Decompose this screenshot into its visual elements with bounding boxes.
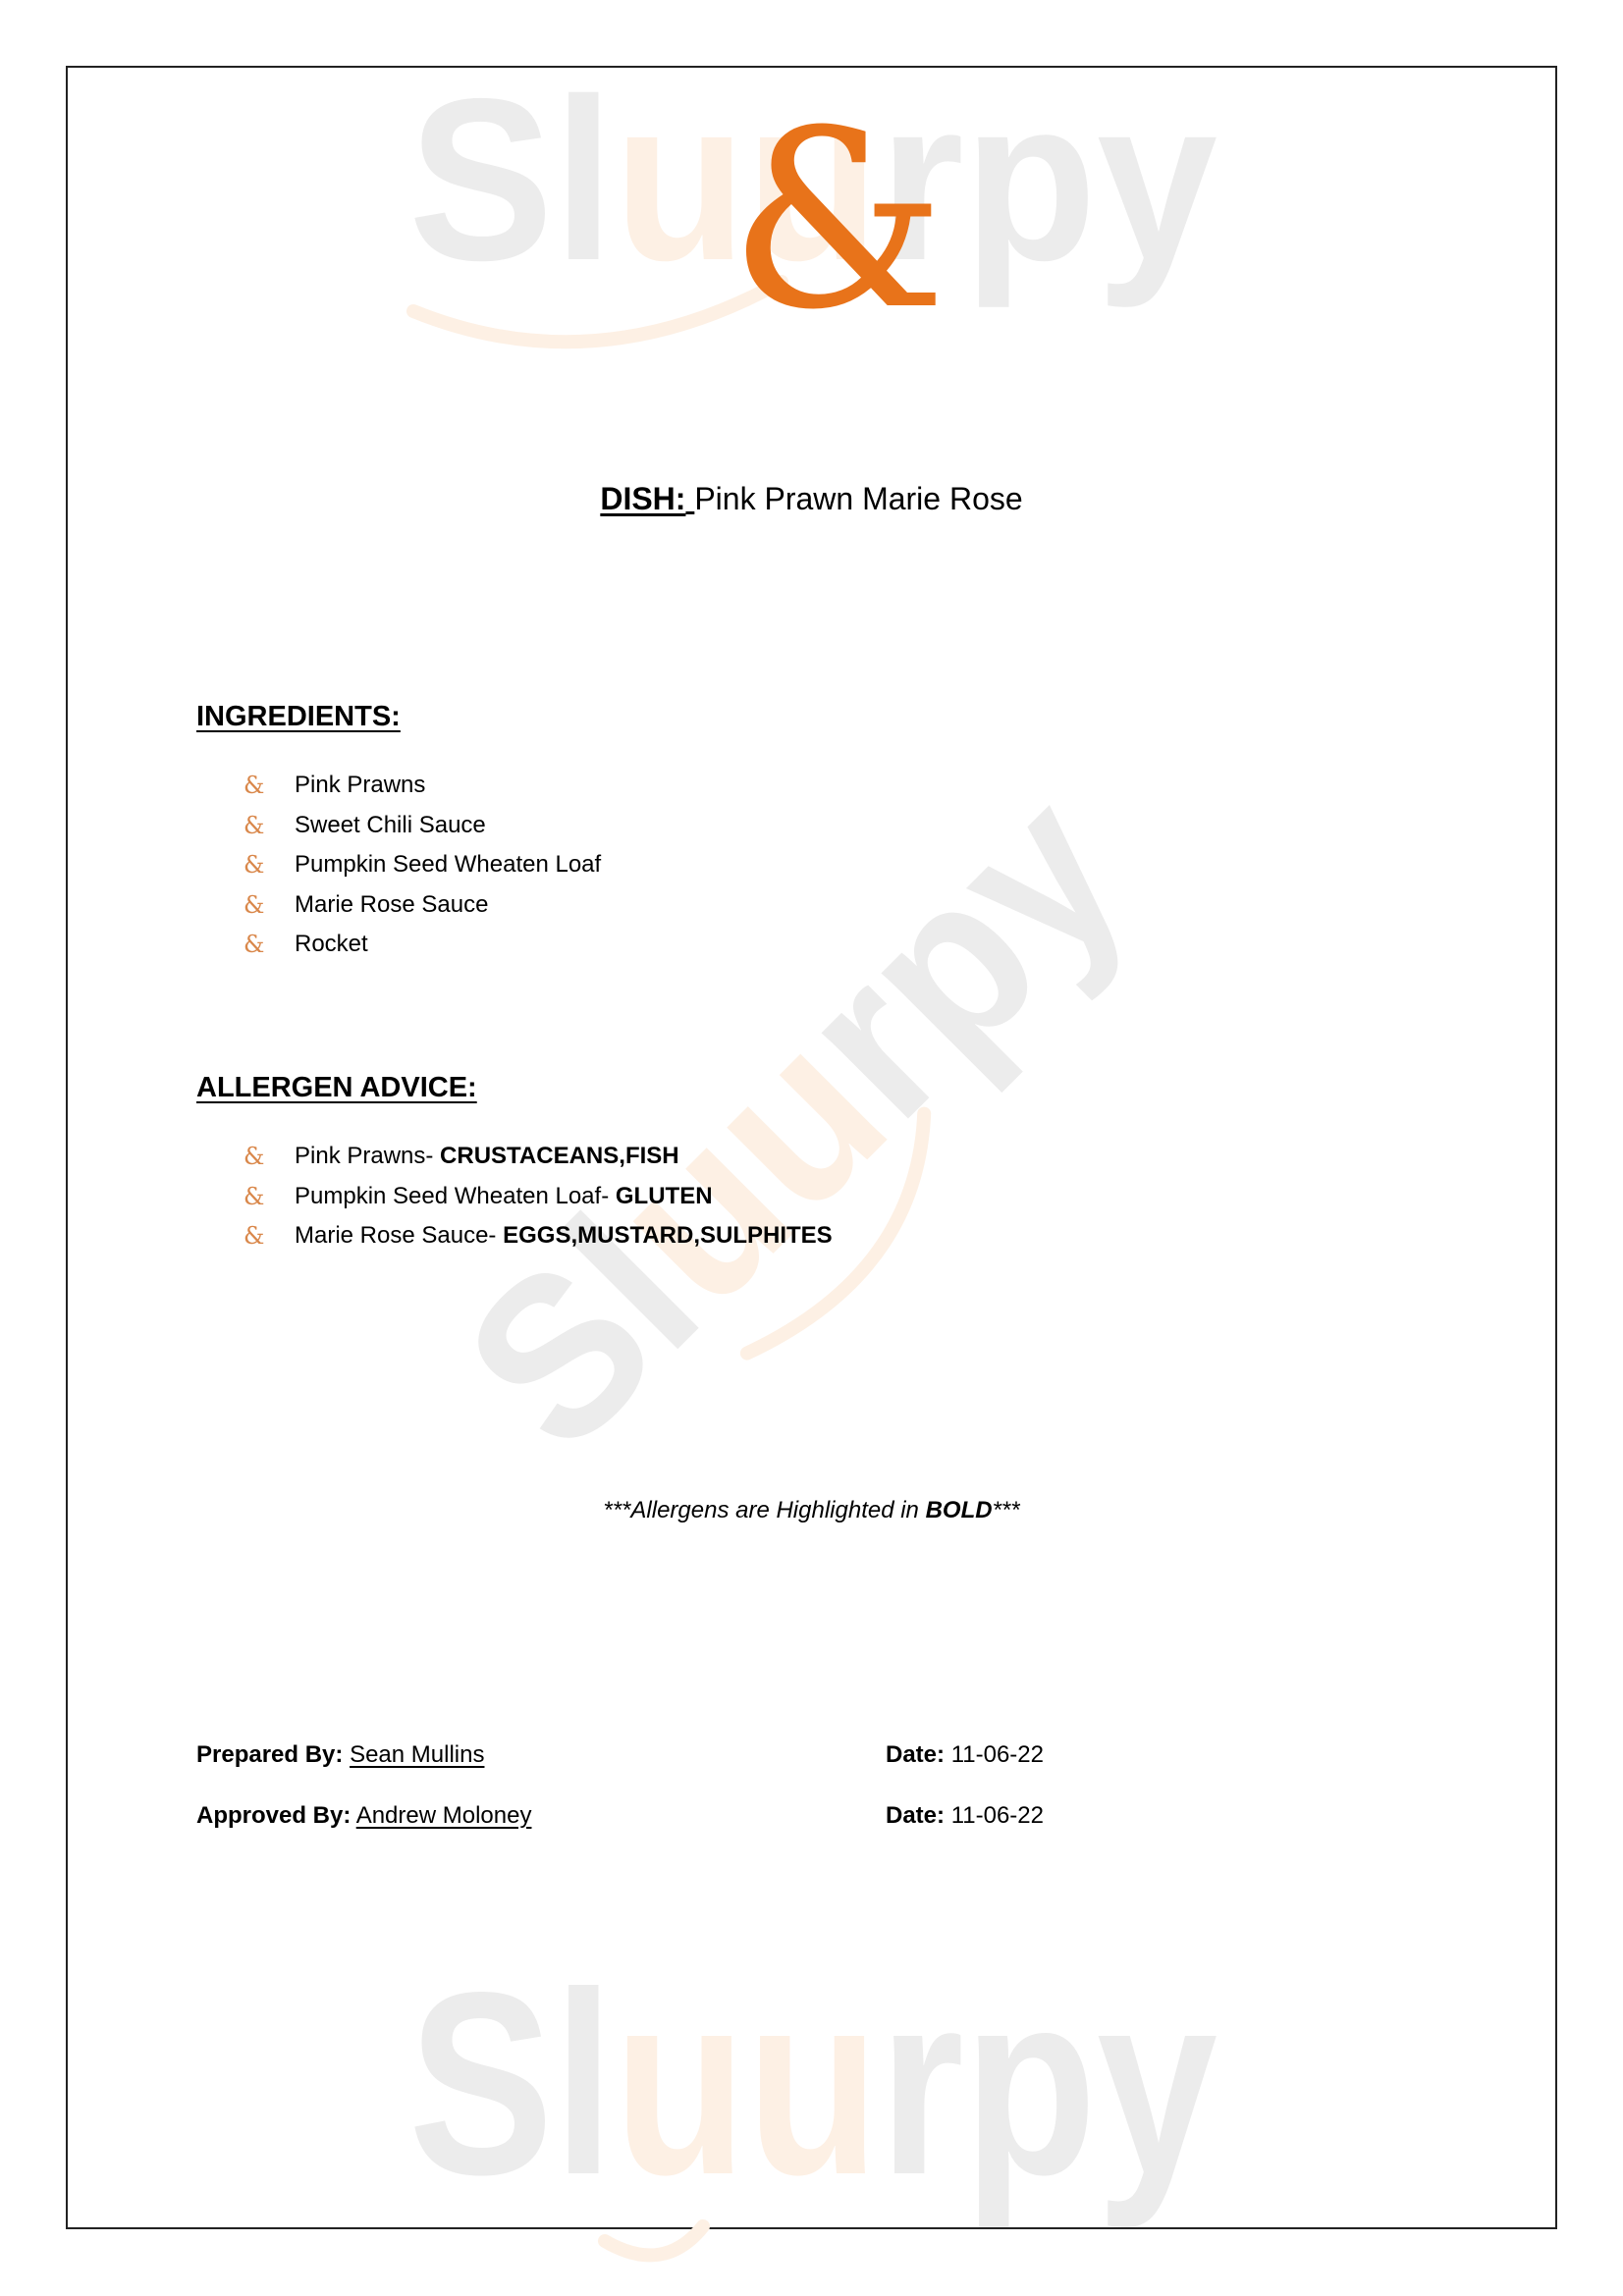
dish-title: DISH: Pink Prawn Marie Rose <box>0 479 1623 518</box>
allergen-names: GLUTEN <box>616 1183 713 1209</box>
ingredient-text: Rocket <box>295 925 368 965</box>
allergen-heading: ALLERGEN ADVICE: <box>196 1070 477 1105</box>
approved-by-name: Andrew Moloney <box>356 1802 532 1829</box>
ingredient-text: Sweet Chili Sauce <box>295 806 486 846</box>
allergen-ingredient: Marie Rose Sauce- <box>295 1222 496 1249</box>
ingredient-text: Marie Rose Sauce <box>295 885 488 926</box>
allergen-note: ***Allergens are Highlighted in BOLD*** <box>0 1495 1623 1526</box>
dish-name: Pink Prawn Marie Rose <box>694 481 1022 516</box>
ingredient-text: Pink Prawns <box>295 766 425 806</box>
approved-date: Date: 11-06-22 <box>886 1800 1044 1832</box>
prepared-date: Date: 11-06-22 <box>886 1739 1044 1771</box>
allergen-names: EGGS,MUSTARD,SULPHITES <box>503 1222 833 1249</box>
prepared-by-name: Sean Mullins <box>350 1741 484 1768</box>
ingredient-text: Pumpkin Seed Wheaten Loaf <box>295 845 601 885</box>
approved-by: Approved By: Andrew Moloney <box>196 1800 531 1832</box>
ampersand-bullet-icon: & <box>243 766 273 806</box>
ampersand-bullet-icon: & <box>243 806 273 846</box>
ampersand-logo-icon: & <box>729 118 900 324</box>
ingredients-heading: INGREDIENTS: <box>196 699 401 734</box>
ampersand-bullet-icon: & <box>243 1137 273 1177</box>
ampersand-bullet-icon: & <box>243 1177 273 1217</box>
dish-label: DISH: <box>600 481 685 516</box>
allergen-names: CRUSTACEANS,FISH <box>440 1143 679 1169</box>
allergen-ingredient: Pumpkin Seed Wheaten Loaf- <box>295 1183 609 1209</box>
ampersand-bullet-icon: & <box>243 845 273 885</box>
ampersand-bullet-icon: & <box>243 1216 273 1256</box>
ampersand-bullet-icon: & <box>243 925 273 965</box>
prepared-by: Prepared By: Sean Mullins <box>196 1739 484 1771</box>
ampersand-bullet-icon: & <box>243 885 273 926</box>
allergen-ingredient: Pink Prawns- <box>295 1143 433 1169</box>
page-border <box>66 66 1557 2229</box>
